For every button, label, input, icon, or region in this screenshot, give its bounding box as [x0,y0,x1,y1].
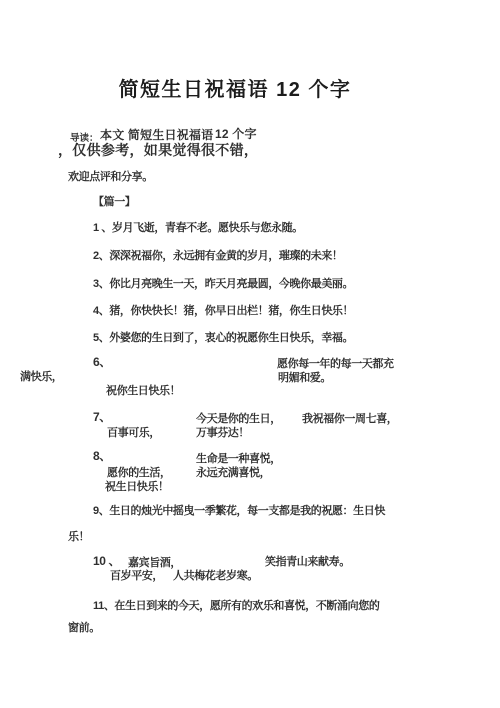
wish-item-7-part-d: 万事芬达！ [196,427,249,440]
wish-item-10-part-a: 嘉宾旨酒， [128,557,181,570]
document-page: 简短生日祝福语 12 个字 导读： 本文 简短生日祝福语 12 个字 ，仅供参考… [0,0,500,708]
wish-item-7-number: 7、 [93,411,111,424]
intro-line-1-count: 12 个字 [215,128,257,141]
intro-line-2: ，仅供参考，如果觉得很不错， [58,144,258,157]
wish-item-6-number: 6、 [93,356,111,369]
wish-item-8-part-a: 生命是一种喜悦， [196,453,281,466]
wish-item-10-part-c: 百岁平安， [110,570,163,583]
section-header: 【篇一】 [93,196,135,209]
wish-item-8-part-d: 祝生日快乐！ [105,481,169,494]
wish-item-8-part-b: 愿你的生活， [107,467,171,480]
wish-item-6-part-b: 满快乐， [20,371,62,384]
wish-item-1: 1 、岁月飞逝，青春不老。愿快乐与您永随。 [93,222,303,235]
wish-item-2: 2、深深祝福你，永远拥有金黄的岁月，璀璨的未来！ [93,250,343,263]
wish-item-7-part-b: 我祝福你一周七喜， [302,413,397,426]
wish-item-8-part-c: 永远充满喜悦， [196,467,270,480]
wish-item-8-number: 8、 [93,450,111,463]
wish-item-11-line-2: 窗前。 [68,622,100,635]
wish-item-6-part-c: 明媚和爱。 [278,372,331,385]
wish-item-7-part-a: 今天是你的生日， [196,413,281,426]
wish-item-6-part-d: 祝你生日快乐！ [106,385,180,398]
wish-item-9-line-2: 乐！ [68,531,89,544]
wish-item-10-part-b: 笑指青山来献寿。 [265,556,350,569]
wish-item-10-part-d: 人共梅花老岁寒。 [173,570,258,583]
page-title: 简短生日祝福语 12 个字 [0,73,470,102]
wish-item-6-part-a: 愿你每一年的每一天都充 [277,358,394,371]
wish-item-4: 4、猪，你快快长！猪，你早日出栏！猪，你生日快乐！ [93,305,353,318]
wish-item-10-number: 10 、 [93,555,120,568]
wish-item-11-line-1: 11、在生日到来的今天，愿所有的欢乐和喜悦，不断涌向您的 [93,600,379,613]
wish-item-9-line-1: 9、生日的烛光中摇曳一季繁花，每一支都是我的祝愿：生日快 [93,505,385,518]
intro-line-3: 欢迎点评和分享。 [68,171,153,184]
wish-item-3: 3、你比月亮晚生一天，昨天月亮最圆，今晚你最美丽。 [93,278,353,291]
intro-line-1-text: 本文 简短生日祝福语 [100,129,213,142]
wish-item-7-part-c: 百事可乐， [107,427,160,440]
wish-item-5: 5、外婆您的生日到了，衷心的祝愿你生日快乐，幸福。 [93,332,353,345]
